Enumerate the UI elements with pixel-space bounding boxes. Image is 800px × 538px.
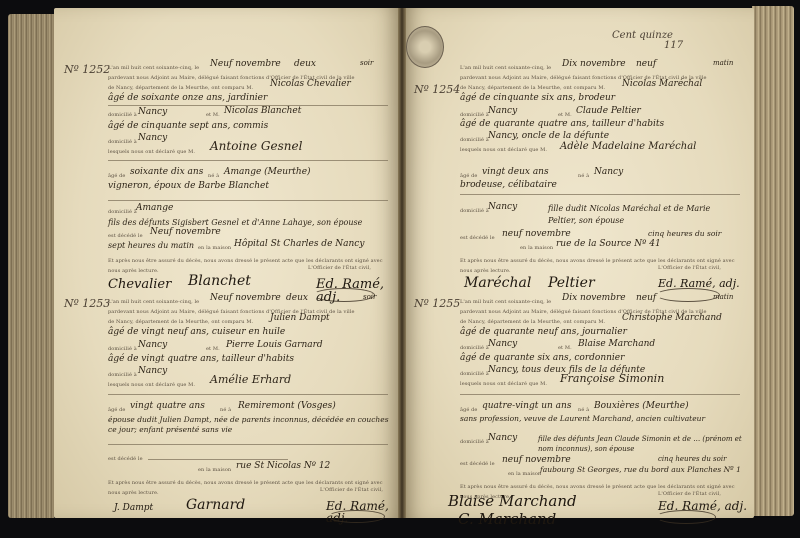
- page-edges-right: [752, 6, 794, 516]
- born-label: né à: [220, 408, 231, 413]
- officer-label: L'Officier de l'État civil,: [658, 492, 721, 497]
- declarant1-details: âgé de quarante neuf ans, journalier: [460, 328, 627, 337]
- and-label: et M.: [558, 346, 572, 351]
- declarant2-details: âgé de quarante six ans, cordonnier: [460, 354, 624, 363]
- signature-declarant2: Blanchet: [188, 274, 251, 288]
- death-place: rue St Nicolas Nº 12: [236, 462, 330, 471]
- domicile-label: domicilié à: [460, 346, 489, 351]
- deceased-parents: fille dudit Nicolas Maréchal et de Marie…: [548, 203, 738, 227]
- opening-text: L'an mil huit cent soixante-cinq, le: [460, 300, 551, 305]
- deceased-age: vingt deux ans: [482, 168, 549, 177]
- died-label: est décédé le: [460, 462, 495, 467]
- record-period: matin: [713, 294, 733, 301]
- declarant2-details: âgé de quarante quatre ans, tailleur d'h…: [460, 120, 664, 129]
- death-place: rue de la Source Nº 41: [556, 240, 661, 249]
- death-hour: cinq heures du soir: [658, 456, 726, 463]
- declarant1-domicile: Nancy: [138, 108, 167, 117]
- domicile-label: domicilié à: [460, 209, 489, 214]
- deceased-birthplace: Remiremont (Vosges): [238, 402, 336, 411]
- domicile-label: domicilié à: [108, 113, 137, 118]
- deceased-details: vigneron, époux de Barbe Blanchet: [108, 182, 269, 191]
- age-label: âgé de: [460, 408, 478, 413]
- deceased-details: épouse dudit Julien Dampt, née de parent…: [108, 415, 393, 435]
- record-number: Nº 1252: [64, 64, 110, 75]
- domicile-label: domicilié à: [108, 347, 137, 352]
- record-hour: neuf: [636, 294, 656, 303]
- signature-declarant1: Blaise Marchand: [448, 494, 577, 509]
- declarant2-details: âgé de cinquante sept ans, commis: [108, 122, 268, 131]
- died-label: est décédé le: [108, 234, 143, 239]
- age-label: âgé de: [108, 174, 126, 179]
- declarant2-name: Blaise Marchand: [578, 340, 655, 349]
- officer-label: L'Officier de l'État civil,: [658, 266, 721, 271]
- declarant1-domicile: Nancy: [138, 341, 167, 350]
- deceased-age: quatre-vingt un ans: [482, 402, 571, 411]
- deceased-birthplace: Amange (Meurthe): [224, 168, 311, 177]
- signature-declarant1: J. Dampt: [114, 504, 153, 513]
- died-label: est décédé le: [460, 236, 495, 241]
- deceased-domicile: Nancy: [488, 203, 517, 212]
- signature-declarant2: Peltier: [548, 276, 595, 290]
- dept-text: de Nancy, département de la Meurthe, ont…: [108, 86, 253, 91]
- page-edges-left: [8, 14, 54, 518]
- record-hour: deux: [294, 60, 316, 69]
- record-period: soir: [363, 294, 376, 301]
- record-period: soir: [360, 60, 373, 67]
- record-hour: neuf: [636, 60, 656, 69]
- and-label: et M.: [558, 113, 572, 118]
- domicile-label: domicilié à: [108, 210, 137, 215]
- folio-number: 117: [664, 40, 683, 51]
- domicile-label: domicilié à: [108, 373, 137, 378]
- declarant2-domicile: Nancy: [138, 367, 167, 376]
- declarant1-details: âgé de vingt neuf ans, cuiseur en huile: [108, 328, 285, 337]
- opening-text: L'an mil huit cent soixante-cinq, le: [460, 66, 551, 71]
- declarant1-name: Nicolas Maréchal: [622, 80, 702, 89]
- officer-label: L'Officier de l'État civil,: [320, 488, 383, 493]
- declarant1-details: âgé de cinquante six ans, brodeur: [460, 94, 615, 103]
- death-date: neuf novembre: [502, 230, 571, 239]
- deceased-name: Antoine Gesnel: [210, 140, 302, 152]
- house-label: en la maison: [198, 468, 231, 473]
- deceased-name: Amélie Erhard: [210, 374, 291, 385]
- born-label: né à: [578, 408, 589, 413]
- declarant2-name: Claude Peltier: [576, 107, 641, 116]
- official-stamp-icon: [406, 26, 444, 68]
- declared-label: lesquels nous ont déclaré que M.: [460, 148, 547, 153]
- declarant1-name: Christophe Marchand: [622, 314, 722, 323]
- signature-declarant1: Maréchal: [464, 276, 531, 290]
- record-number: Nº 1253: [64, 298, 110, 309]
- book-gutter: [398, 8, 406, 518]
- officer-signature: Ed. Ramé, adj.: [658, 278, 740, 289]
- born-label: né à: [578, 174, 589, 179]
- death-record-1254: Nº 1254 L'an mil huit cent soixante-cinq…: [408, 64, 748, 294]
- domicile-label: domicilié à: [460, 372, 489, 377]
- declarant2-details: âgé de vingt quatre ans, tailleur d'habi…: [108, 355, 294, 364]
- deceased-birthplace: Nancy: [594, 168, 623, 177]
- died-label: est décédé le: [108, 457, 143, 462]
- deceased-birthplace: Bouxières (Meurthe): [594, 402, 689, 411]
- officer-label: L'Officier de l'État civil,: [308, 266, 371, 271]
- record-date: Dix novembre: [562, 294, 626, 303]
- born-label: né à: [208, 174, 219, 179]
- death-record-1255: Nº 1255 L'an mil huit cent soixante-cinq…: [408, 294, 748, 519]
- record-date: Neuf novembre: [210, 294, 281, 303]
- opening-text: L'an mil huit cent soixante-cinq, le: [108, 66, 199, 71]
- deceased-domicile: Amange: [136, 204, 173, 213]
- domicile-label: domicilié à: [460, 440, 489, 445]
- domicile-label: domicilié à: [460, 138, 489, 143]
- declarant1-name: Julien Dampt: [270, 314, 330, 323]
- house-label: en la maison: [198, 246, 231, 251]
- record-period: matin: [713, 60, 733, 67]
- record-date: Dix novembre: [562, 60, 626, 69]
- signature-declarant1: Chevalier: [108, 278, 171, 291]
- declarant1-domicile: Nancy: [488, 107, 517, 116]
- deceased-parents: fille des défunts Jean Claude Simonin et…: [538, 434, 743, 454]
- death-record-1253: Nº 1253 L'an mil huit cent soixante-cinq…: [58, 294, 393, 519]
- signature-declarant2: Garnard: [186, 498, 245, 512]
- declarant1-details: âgé de soixante onze ans, jardinier: [108, 94, 267, 103]
- declarant1-name: Nicolas Chevalier: [270, 80, 351, 89]
- domicile-label: domicilié à: [108, 140, 137, 145]
- dept-text: de Nancy, département de la Meurthe, ont…: [108, 320, 253, 325]
- deceased-name: Adèle Madelaine Maréchal: [560, 140, 740, 154]
- age-label: âgé de: [108, 408, 126, 413]
- deceased-details: brodeuse, célibataire: [460, 181, 557, 190]
- house-label: en la maison: [508, 472, 541, 477]
- declarant2-name: Pierre Louis Garnard: [226, 341, 323, 350]
- deceased-age: vingt quatre ans: [130, 402, 205, 411]
- opening-text: L'an mil huit cent soixante-cinq, le: [108, 300, 199, 305]
- deceased-parents: fils des défunts Sigisbert Gesnel et d'A…: [108, 219, 362, 227]
- signature-declarant2: C. Marchand: [458, 512, 556, 527]
- record-number: Nº 1255: [414, 298, 460, 309]
- death-date: neuf novembre: [502, 456, 571, 465]
- dept-text: de Nancy, département de la Meurthe, ont…: [460, 86, 605, 91]
- death-record-1252: Nº 1252 L'an mil huit cent soixante-cinq…: [58, 60, 393, 305]
- death-hour: sept heures du matin: [108, 242, 194, 250]
- dept-text: de Nancy, département de la Meurthe, ont…: [460, 320, 605, 325]
- record-hour: deux: [286, 294, 308, 303]
- domicile-label: domicilié à: [460, 113, 489, 118]
- death-date: Neuf novembre: [150, 228, 221, 237]
- and-label: et M.: [206, 113, 220, 118]
- declared-label: lesquels nous ont déclaré que M.: [108, 383, 195, 388]
- declarant1-domicile: Nancy: [488, 340, 517, 349]
- record-number: Nº 1254: [414, 84, 460, 95]
- declared-label: lesquels nous ont déclaré que M.: [108, 150, 195, 155]
- deceased-age: soixante dix ans: [130, 168, 203, 177]
- death-place: faubourg St Georges, rue du bord aux Pla…: [540, 466, 741, 474]
- and-label: et M.: [206, 347, 220, 352]
- deceased-name: Françoise Simonin: [560, 373, 664, 384]
- death-place: Hôpital St Charles de Nancy: [234, 240, 364, 249]
- record-date: Neuf novembre: [210, 60, 281, 69]
- death-hour: cinq heures du soir: [648, 230, 721, 238]
- deceased-domicile: Nancy: [488, 434, 517, 443]
- house-label: en la maison: [520, 246, 553, 251]
- declarant2-name: Nicolas Blanchet: [224, 107, 301, 116]
- deceased-details: sans profession, veuve de Laurent Marcha…: [460, 414, 745, 424]
- declared-label: lesquels nous ont déclaré que M.: [460, 382, 547, 387]
- declarant2-domicile: Nancy: [138, 134, 167, 143]
- age-label: âgé de: [460, 174, 478, 179]
- register-book: Cent quinze 117 Nº 1252 L'an mil huit ce…: [0, 0, 800, 538]
